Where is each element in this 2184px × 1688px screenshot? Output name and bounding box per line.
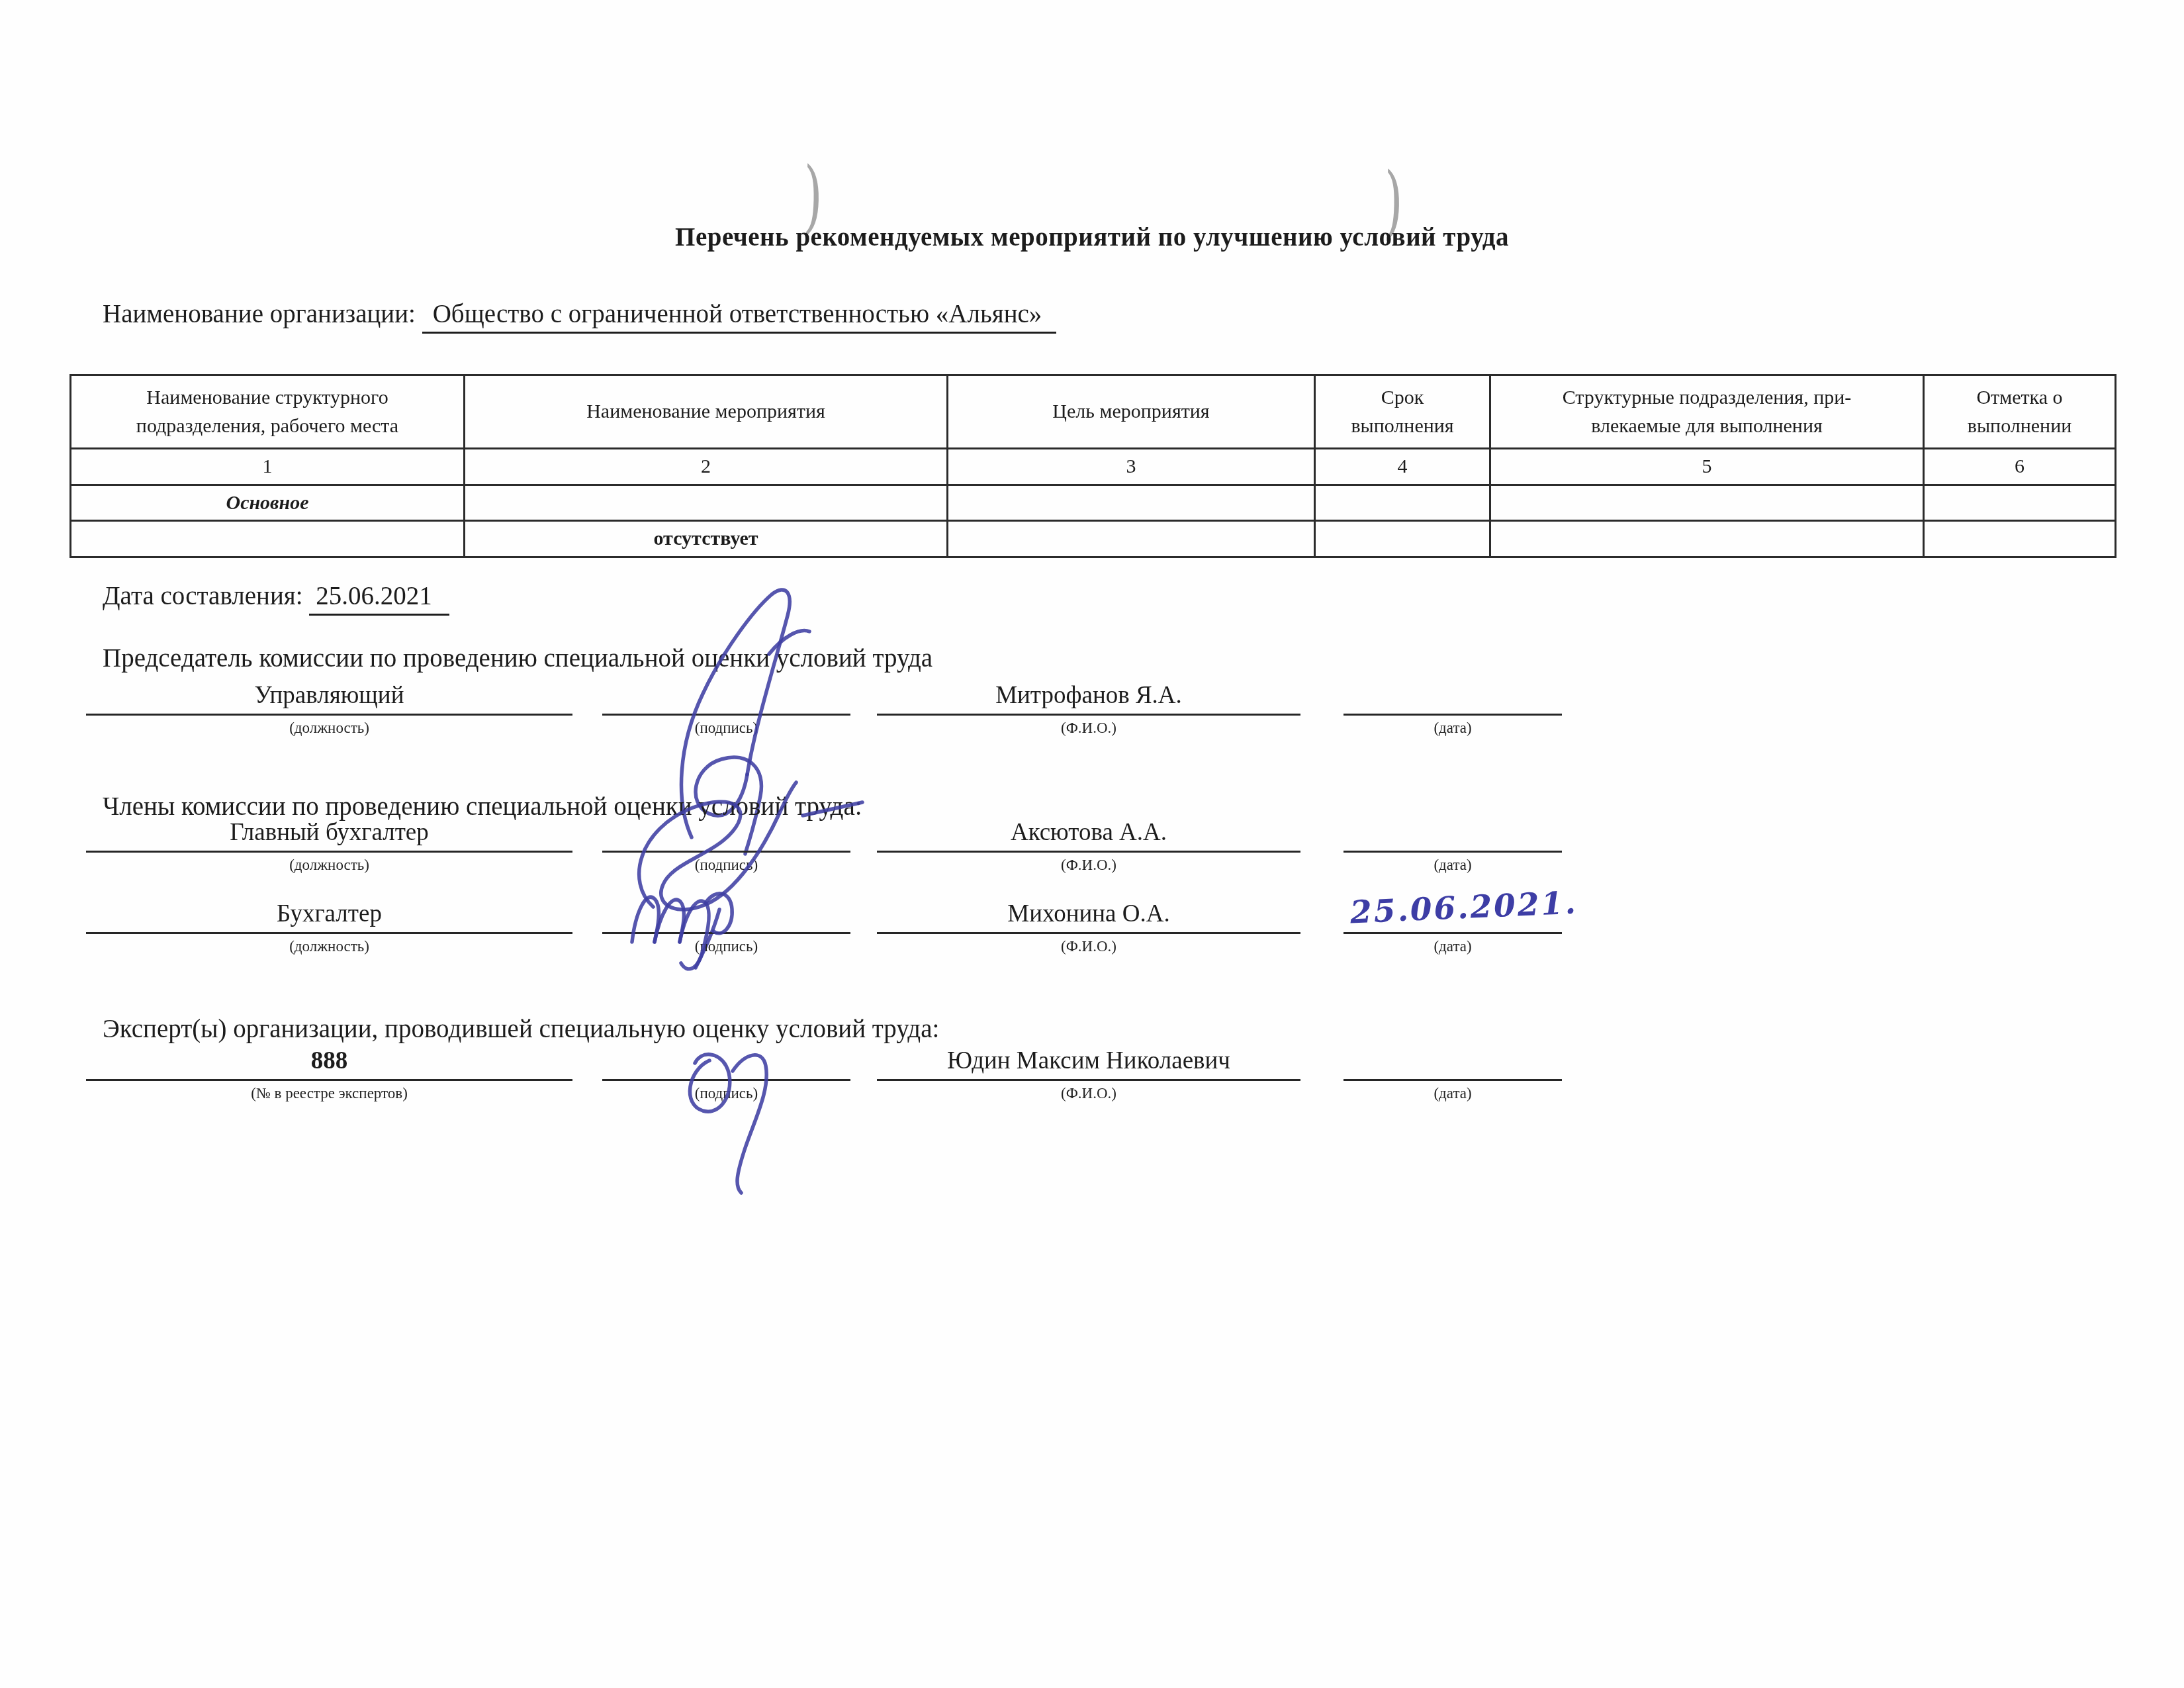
member2-position: Бухгалтер xyxy=(86,900,572,928)
header-measure-goal: Цель мероприятия xyxy=(948,375,1315,449)
signature-rule xyxy=(1343,932,1562,934)
chairman-position: Управляющий xyxy=(86,681,572,710)
table-numbers-row: 1 2 3 4 5 6 xyxy=(71,449,2116,485)
organization-line: Наименование организации: Общество с огр… xyxy=(103,299,1056,329)
scanned-document-page: ) ) Перечень рекомендуемых мероприятий п… xyxy=(0,0,2184,1688)
column-number: 2 xyxy=(465,449,948,485)
cell-empty xyxy=(71,521,465,557)
column-number: 5 xyxy=(1490,449,1924,485)
organization-label: Наименование организации: xyxy=(103,300,416,328)
date-caption: (дата) xyxy=(1343,857,1562,874)
fio-caption: (Ф.И.О.) xyxy=(877,857,1300,874)
cell-empty xyxy=(1315,521,1490,557)
expert-ink-signature xyxy=(668,1019,801,1198)
member2-fio: Михонина О.А. xyxy=(877,900,1300,928)
fio-caption: (Ф.И.О.) xyxy=(877,938,1300,955)
signature-rule xyxy=(1343,1079,1562,1081)
header-involved-units: Структурные подразделения, при- влекаемы… xyxy=(1490,375,1924,449)
date-caption: (дата) xyxy=(1343,1085,1562,1102)
header-structural-unit: Наименование структурного подразделения,… xyxy=(71,375,465,449)
signature-rule xyxy=(86,714,572,716)
signature-rule xyxy=(86,851,572,853)
member2-handwritten-date: 25.06.2021. xyxy=(1349,885,1578,931)
cell-empty xyxy=(1490,521,1924,557)
cell-unit-name: Основное xyxy=(71,485,465,521)
cell-empty xyxy=(1924,521,2116,557)
date-caption: (дата) xyxy=(1343,720,1562,737)
cell-empty xyxy=(948,485,1315,521)
column-number: 3 xyxy=(948,449,1315,485)
experts-heading: Эксперт(ы) организации, проводившей спец… xyxy=(103,1014,939,1044)
cell-empty xyxy=(465,485,948,521)
expert-registry-number: 888 xyxy=(86,1047,572,1075)
compile-date-label: Дата составления: xyxy=(103,582,303,610)
signature-rule xyxy=(86,932,572,934)
column-number: 4 xyxy=(1315,449,1490,485)
compile-date-line: Дата составления: 25.06.2021 xyxy=(103,581,449,611)
signature-rule xyxy=(1343,714,1562,716)
signature-rule xyxy=(877,932,1300,934)
header-measure-name: Наименование мероприятия xyxy=(465,375,948,449)
cell-empty xyxy=(948,521,1315,557)
fio-caption: (Ф.И.О.) xyxy=(877,720,1300,737)
fio-caption: (Ф.И.О.) xyxy=(877,1085,1300,1102)
column-number: 1 xyxy=(71,449,465,485)
cell-empty xyxy=(1490,485,1924,521)
organization-value: Общество с ограниченной ответственностью… xyxy=(422,300,1057,334)
table-header-row: Наименование структурного подразделения,… xyxy=(71,375,2116,449)
date-caption: (дата) xyxy=(1343,938,1562,955)
position-caption: (должность) xyxy=(86,938,572,955)
column-number: 6 xyxy=(1924,449,2116,485)
member1-position: Главный бухгалтер xyxy=(86,818,572,847)
measures-table: Наименование структурного подразделения,… xyxy=(69,374,2115,558)
cell-empty xyxy=(1315,485,1490,521)
position-caption: (должность) xyxy=(86,720,572,737)
member2-ink-signature xyxy=(615,864,834,976)
table-row: Основное xyxy=(71,485,2116,521)
expert-number-caption: (№ в реестре экспертов) xyxy=(86,1085,572,1102)
signature-rule xyxy=(877,851,1300,853)
compile-date-value: 25.06.2021 xyxy=(309,582,449,616)
table-row: отсутствует xyxy=(71,521,2116,557)
cell-measure-absent: отсутствует xyxy=(465,521,948,557)
cell-empty xyxy=(1924,485,2116,521)
chairman-fio: Митрофанов Я.А. xyxy=(877,681,1300,710)
position-caption: (должность) xyxy=(86,857,572,874)
signature-rule xyxy=(1343,851,1562,853)
document-title: Перечень рекомендуемых мероприятий по ул… xyxy=(0,222,2184,252)
signature-rule xyxy=(86,1079,572,1081)
signature-rule xyxy=(877,1079,1300,1081)
signature-rule xyxy=(877,714,1300,716)
header-deadline: Срок выполнения xyxy=(1315,375,1490,449)
expert-fio: Юдин Максим Николаевич xyxy=(877,1047,1300,1075)
header-completion-mark: Отметка о выполнении xyxy=(1924,375,2116,449)
member1-fio: Аксютова А.А. xyxy=(877,818,1300,847)
